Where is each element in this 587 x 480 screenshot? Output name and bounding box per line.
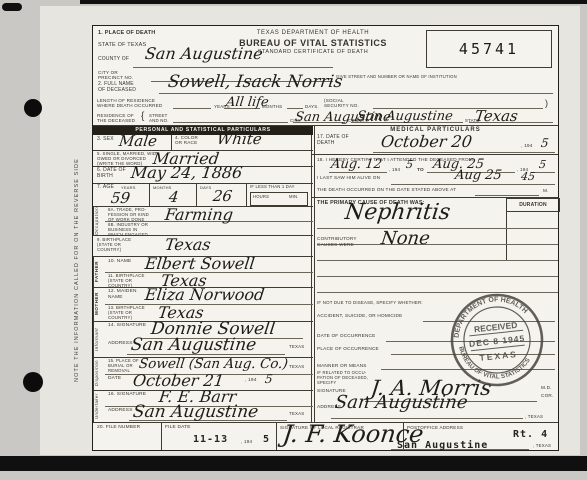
rule-line bbox=[475, 195, 539, 196]
undertaker-sig-label: 16. SIGNATURE bbox=[108, 392, 146, 398]
rule-line bbox=[287, 108, 303, 109]
occupation-side-label: Occupation bbox=[93, 206, 105, 235]
scan-artifact bbox=[2, 3, 22, 11]
po-route-value: Rt. 4 bbox=[513, 429, 548, 440]
age-days-value: 26 bbox=[212, 187, 233, 205]
certificate-number-box: 45741 bbox=[426, 30, 552, 68]
paren-close: ) bbox=[545, 98, 548, 109]
texas-label: , TEXAS bbox=[533, 443, 551, 448]
full-name-note: GIVE STREET AND NUMBER OR NAME OF INSTIT… bbox=[336, 75, 457, 80]
age-less-label: IF LESS THAN 1 DAY bbox=[250, 185, 295, 190]
informant-side-label: Informant bbox=[93, 321, 105, 357]
last-saw-value: Aug 25 bbox=[454, 168, 503, 183]
attended-to-year: 5 bbox=[538, 158, 547, 171]
undertaker-addr-value: San Augustine bbox=[132, 402, 260, 422]
birthplace-value: Texas bbox=[164, 235, 212, 254]
age-hours-label: HOURS bbox=[253, 195, 269, 200]
to-label: TO bbox=[417, 167, 424, 173]
contributory-label: CONTRIBUTORY CAUSES WERE bbox=[317, 236, 357, 247]
street-label: STREET AND NO. bbox=[149, 113, 169, 123]
year-prefix: , 194 bbox=[389, 167, 400, 172]
stamp-received: RECEIVED bbox=[474, 320, 518, 334]
undertaker-addr-label: ADDRESS bbox=[108, 408, 133, 414]
informant-addr-value: San Augustine bbox=[130, 335, 258, 355]
rule-line bbox=[133, 67, 333, 68]
place-of-death-label: 1. PLACE OF DEATH bbox=[98, 30, 155, 36]
dob-value: May 24, 1886 bbox=[130, 163, 244, 182]
mother-name-label: 12. MAIDEN NAME bbox=[108, 289, 137, 300]
occurred-label: THE DEATH OCCURRED ON THE DATE STATED AB… bbox=[317, 187, 456, 193]
stamp-state: TEXAS bbox=[479, 349, 518, 363]
mother-name-value: Eliza Norwood bbox=[144, 285, 266, 304]
age-months-value: 4 bbox=[168, 188, 180, 206]
attended-from-year: 5 bbox=[405, 158, 414, 171]
race-value: White bbox=[216, 130, 263, 148]
scan-edge-bottom bbox=[0, 456, 587, 471]
margin-note: NOTE THE INFORMATION CALLED FOR ON THE R… bbox=[74, 118, 87, 422]
father-birthplace-label: 11. BIRTHPLACE (STATE OR COUNTRY) bbox=[108, 273, 145, 288]
full-name-label: 2. FULL NAME OF DECEASED bbox=[98, 82, 136, 94]
burial-value: Sowell (San Aug. Co.) bbox=[138, 356, 289, 372]
mother-birthplace-label: 13. BIRTHPLACE (STATE OR COUNTRY) bbox=[108, 305, 145, 320]
residence-label: RESIDENCE OF THE DECEASED bbox=[97, 113, 135, 124]
row-divider bbox=[311, 154, 558, 155]
brace: { bbox=[141, 111, 145, 123]
duration-label: DURATION bbox=[506, 198, 560, 212]
scan-edge-top bbox=[80, 0, 587, 4]
date-occurrence-label: DATE OF OCCURRENCE bbox=[317, 333, 375, 339]
not-disease-label: IF NOT DUE TO DISEASE, SPECIFY WHETHER: bbox=[317, 300, 423, 305]
cell-divider bbox=[149, 183, 150, 206]
rule-line bbox=[159, 93, 553, 94]
rule-line bbox=[317, 228, 558, 229]
informant-sig-label: 14. SIGNATURE bbox=[108, 323, 146, 329]
informant-addr-label: ADDRESS bbox=[108, 341, 133, 347]
last-saw-year: 45 bbox=[520, 170, 536, 183]
birthplace-label: 9. BIRTHPLACE (STATE OR COUNTRY) bbox=[97, 237, 131, 252]
manner-label: MANNER OR MEANS bbox=[317, 363, 367, 369]
trade-label: 8A. TRADE, PRO- FESSION OR KIND OF WORK … bbox=[108, 207, 149, 222]
rule-line bbox=[331, 418, 523, 419]
county-label: COUNTY OF bbox=[98, 57, 129, 63]
undertaker-side-label: Undertaker bbox=[93, 390, 105, 422]
ssn-label: (SOCIAL SECURITY NO. bbox=[324, 98, 359, 109]
texas-label: TEXAS bbox=[289, 344, 304, 349]
physician-addr-value: San Augustine bbox=[334, 392, 469, 413]
po-city-value: San Augustine bbox=[397, 440, 488, 451]
cell-divider bbox=[161, 422, 162, 450]
column-divider bbox=[311, 126, 315, 422]
attended-from-value: Aug. 12 bbox=[330, 157, 383, 172]
industry-label: 8B. INDUSTRY OR BUSINESS IN WHICH ENGAGE… bbox=[108, 222, 148, 237]
father-side-label: FATHER bbox=[93, 256, 105, 287]
texas-label: TEXAS bbox=[289, 411, 304, 416]
texas-label: , TEXAS bbox=[525, 414, 543, 419]
cell-divider bbox=[276, 422, 277, 450]
last-saw-label: I LAST SAW HIM ALIVE ON bbox=[317, 175, 380, 181]
father-name-label: 10. NAME bbox=[108, 259, 131, 265]
cause-value: Nephritis bbox=[343, 200, 451, 225]
dob-label: 6. DATE OF BIRTH bbox=[97, 168, 126, 180]
race-label: 4. COLOR OR RACE bbox=[175, 135, 198, 146]
sex-label: 3. SEX bbox=[97, 137, 114, 143]
age-days-label: DAYS bbox=[200, 186, 211, 191]
residence-county-value: San Augustine bbox=[356, 109, 454, 124]
rule-line bbox=[317, 260, 558, 261]
days-label: DAYS. bbox=[305, 104, 319, 109]
contributory-value: None bbox=[380, 228, 431, 249]
place-occurrence-label: PLACE OF OCCURRENCE bbox=[317, 346, 379, 352]
trade-value: Farming bbox=[164, 205, 234, 224]
texas-label: TEXAS bbox=[289, 364, 304, 369]
year-prefix: , 194 bbox=[245, 378, 257, 384]
burial-date-year: 5 bbox=[264, 372, 273, 386]
city-precinct-label: CITY OR PRECINCT NO. bbox=[98, 70, 133, 81]
burial-date-label: DATE bbox=[108, 376, 121, 382]
received-stamp: DEPARTMENT OF HEALTH BUREAU OF VITAL STA… bbox=[445, 288, 549, 392]
year-prefix: , 194 bbox=[241, 439, 252, 444]
disposition-side-label: Disposition bbox=[93, 357, 105, 390]
death-certificate-scan: NOTE THE INFORMATION CALLED FOR ON THE R… bbox=[0, 0, 587, 480]
related-label: IF RELATED TO OCCU- PATION OF DECEASED, … bbox=[317, 371, 368, 386]
dod-value: October 20 bbox=[380, 132, 473, 151]
residence-length-label: LENGTH OF RESIDENCE WHERE DEATH OCCURRED bbox=[97, 98, 162, 109]
full-name-value: Sowell, Isack Norris bbox=[167, 72, 344, 92]
cor-label: COR. bbox=[541, 393, 554, 399]
punch-hole bbox=[23, 372, 43, 392]
rule-line bbox=[317, 276, 558, 277]
file-date-year: 5 bbox=[263, 434, 270, 445]
sex-value: Male bbox=[118, 132, 158, 150]
county-value: San Augustine bbox=[144, 44, 264, 63]
dod-year: 5 bbox=[540, 136, 549, 150]
cell-divider bbox=[246, 183, 247, 206]
punch-hole bbox=[24, 99, 42, 117]
file-date-label: FILE DATE bbox=[165, 425, 191, 431]
certificate-form: 1. PLACE OF DEATH STATE OF TEXAS COUNTY … bbox=[92, 25, 559, 451]
year-prefix: , 194 bbox=[521, 144, 533, 150]
mother-side-label: MOTHER bbox=[93, 287, 105, 321]
file-date-value: 11-13 bbox=[193, 434, 228, 445]
rule-line bbox=[391, 184, 555, 185]
cell-divider bbox=[171, 135, 172, 150]
state-label: STATE OF TEXAS bbox=[98, 42, 146, 48]
residence-length-value: All life bbox=[225, 95, 269, 110]
cell-divider bbox=[196, 183, 197, 206]
rule-line bbox=[329, 172, 387, 173]
age-years-value: 59 bbox=[110, 189, 131, 207]
rule-line bbox=[173, 122, 288, 123]
file-number-label: 20. FILE NUMBER bbox=[97, 425, 140, 431]
rule-line bbox=[173, 108, 211, 109]
residence-state-value: Texas bbox=[474, 107, 519, 125]
duration-column-border bbox=[506, 210, 507, 260]
dod-label: 17. DATE OF DEATH bbox=[317, 135, 349, 147]
accident-label: ACCIDENT, SUICIDE, OR HOMICIDE bbox=[317, 313, 402, 319]
rule-line bbox=[373, 152, 555, 153]
age-min-label: MIN. bbox=[289, 195, 299, 200]
meridiem-label: M. bbox=[543, 188, 549, 194]
dept-line1: TEXAS DEPARTMENT OF HEALTH bbox=[193, 30, 433, 37]
